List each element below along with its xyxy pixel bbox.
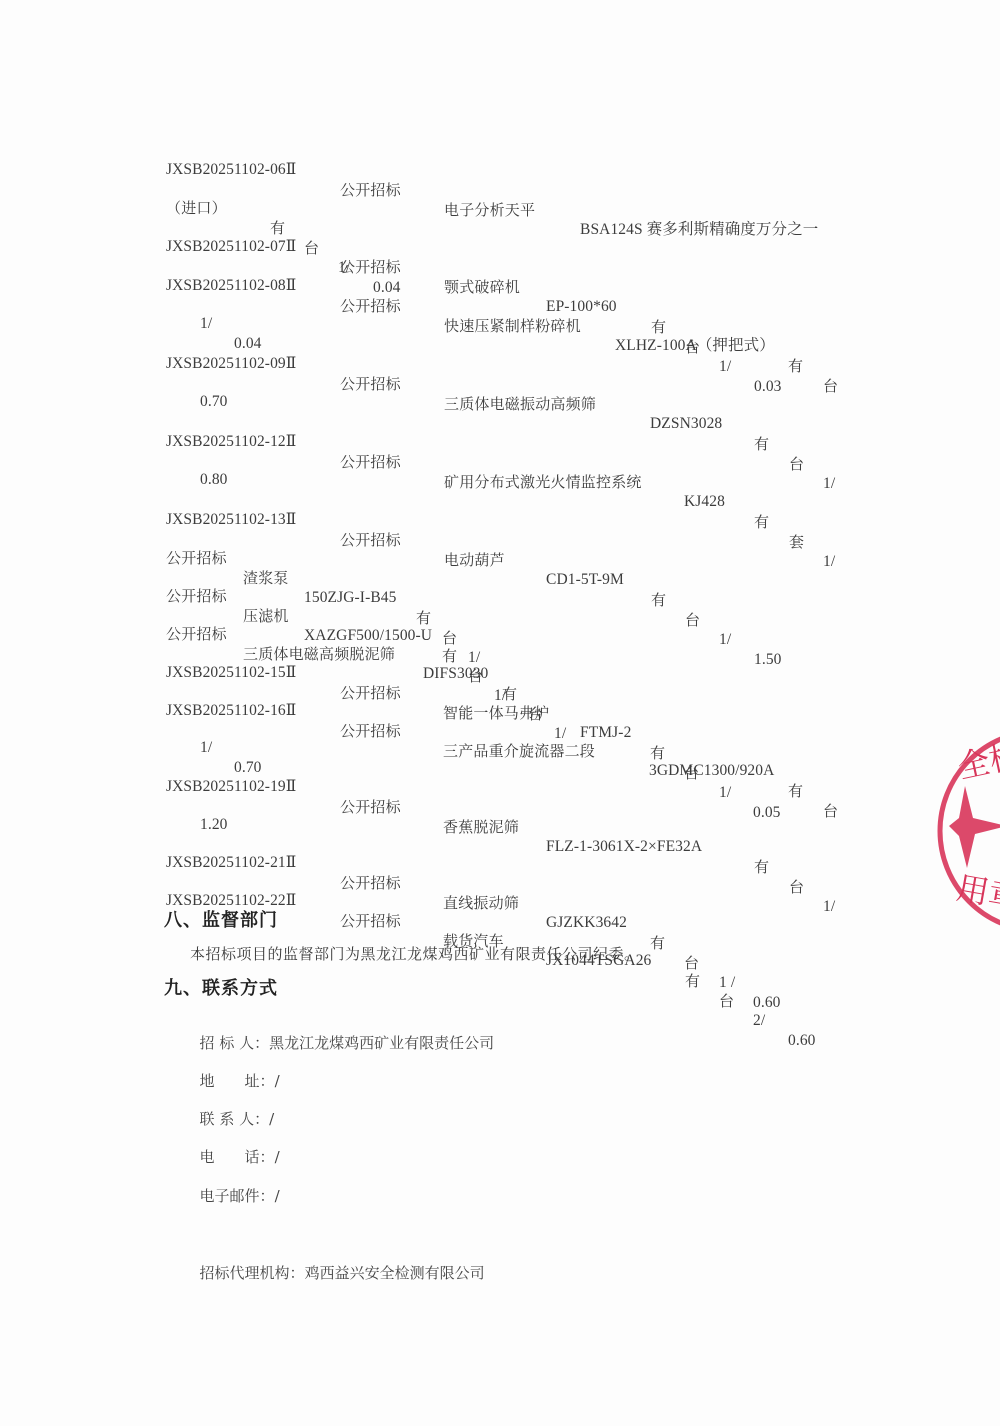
item-code: JXSB20251102-12Ⅱ	[166, 432, 296, 452]
contact-email: 电子邮件：/	[190, 1167, 280, 1206]
item-code: JXSB20251102-07Ⅱ	[166, 237, 296, 257]
agency-value: 鸡西益兴安全检测有限公司	[305, 1264, 485, 1282]
tender-agency: 招标代理机构：鸡西益兴安全检测有限公司	[190, 1244, 485, 1283]
item-amount: 0.80	[200, 470, 228, 490]
item-code: JXSB20251102-13Ⅱ	[166, 510, 296, 530]
contact-label: 电子邮件：	[200, 1185, 275, 1206]
contact-person: 联 系 人：/	[190, 1090, 274, 1129]
contact-label: 招 标 人：	[200, 1032, 270, 1053]
red-seal-stamp: 全检 用章	[935, 726, 1000, 936]
item-amount: 0.60	[788, 1031, 816, 1051]
contact-label: 电 话：	[200, 1146, 275, 1167]
contact-label: 地 址：	[200, 1070, 275, 1091]
item-unit: 台	[719, 991, 734, 1011]
item-row-09-cont: 0.70	[166, 372, 846, 412]
item-code: JXSB20251102-08Ⅱ	[166, 276, 296, 296]
contact-value: /	[275, 1148, 280, 1166]
item-row-19-cont: 1.20	[166, 795, 846, 835]
item-qty: 1/	[200, 314, 212, 334]
item-amount: 0.70	[200, 392, 228, 412]
contact-label: 联 系 人：	[200, 1108, 270, 1129]
item-flag: 有	[685, 971, 700, 991]
item-model-cont: （进口）	[166, 198, 227, 218]
contact-address: 地 址：/	[190, 1052, 280, 1091]
item-qty: 2/	[753, 1011, 765, 1031]
item-code: JXSB20251102-19Ⅱ	[166, 777, 296, 797]
agency-label: 招标代理机构：	[200, 1264, 305, 1282]
item-method: 公开招标	[340, 911, 401, 931]
contact-value: /	[275, 1072, 280, 1090]
section-8-heading: 八、监督部门	[164, 906, 278, 932]
item-amount: 1.20	[200, 815, 228, 835]
item-code: JXSB20251102-06Ⅱ	[166, 160, 296, 180]
item-code: JXSB20251102-21Ⅱ	[166, 853, 296, 873]
item-method: 公开招标	[166, 586, 227, 606]
item-method: 公开招标	[166, 624, 227, 644]
contact-phone: 电 话：/	[190, 1128, 280, 1167]
item-row-12-cont: 0.80	[166, 450, 846, 490]
section-9-heading: 九、联系方式	[164, 974, 278, 1000]
item-method: 公开招标	[166, 548, 227, 568]
contact-value: 黑龙江龙煤鸡西矿业有限责任公司	[269, 1034, 494, 1052]
section-8-text: 本招标项目的监督部门为黑龙江龙煤鸡西矿业有限责任公司纪委。	[190, 943, 640, 964]
contact-value: /	[269, 1110, 274, 1128]
item-qty: 1/	[200, 738, 212, 758]
contact-tenderer: 招 标 人：黑龙江龙煤鸡西矿业有限责任公司	[190, 1014, 494, 1053]
item-code: JXSB20251102-09Ⅱ	[166, 354, 296, 374]
contact-value: /	[275, 1187, 280, 1205]
item-code: JXSB20251102-15Ⅱ	[166, 663, 296, 683]
